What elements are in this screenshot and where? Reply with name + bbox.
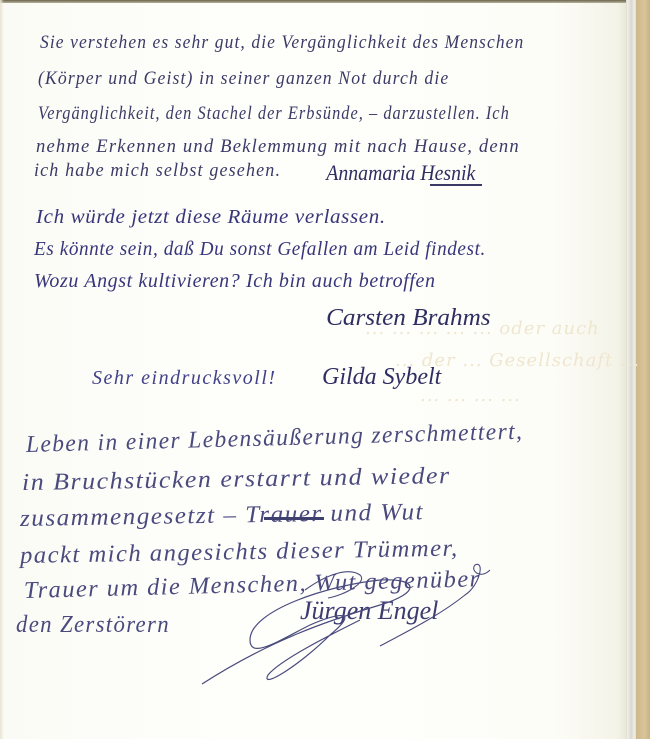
signature-flourish — [0, 0, 650, 739]
